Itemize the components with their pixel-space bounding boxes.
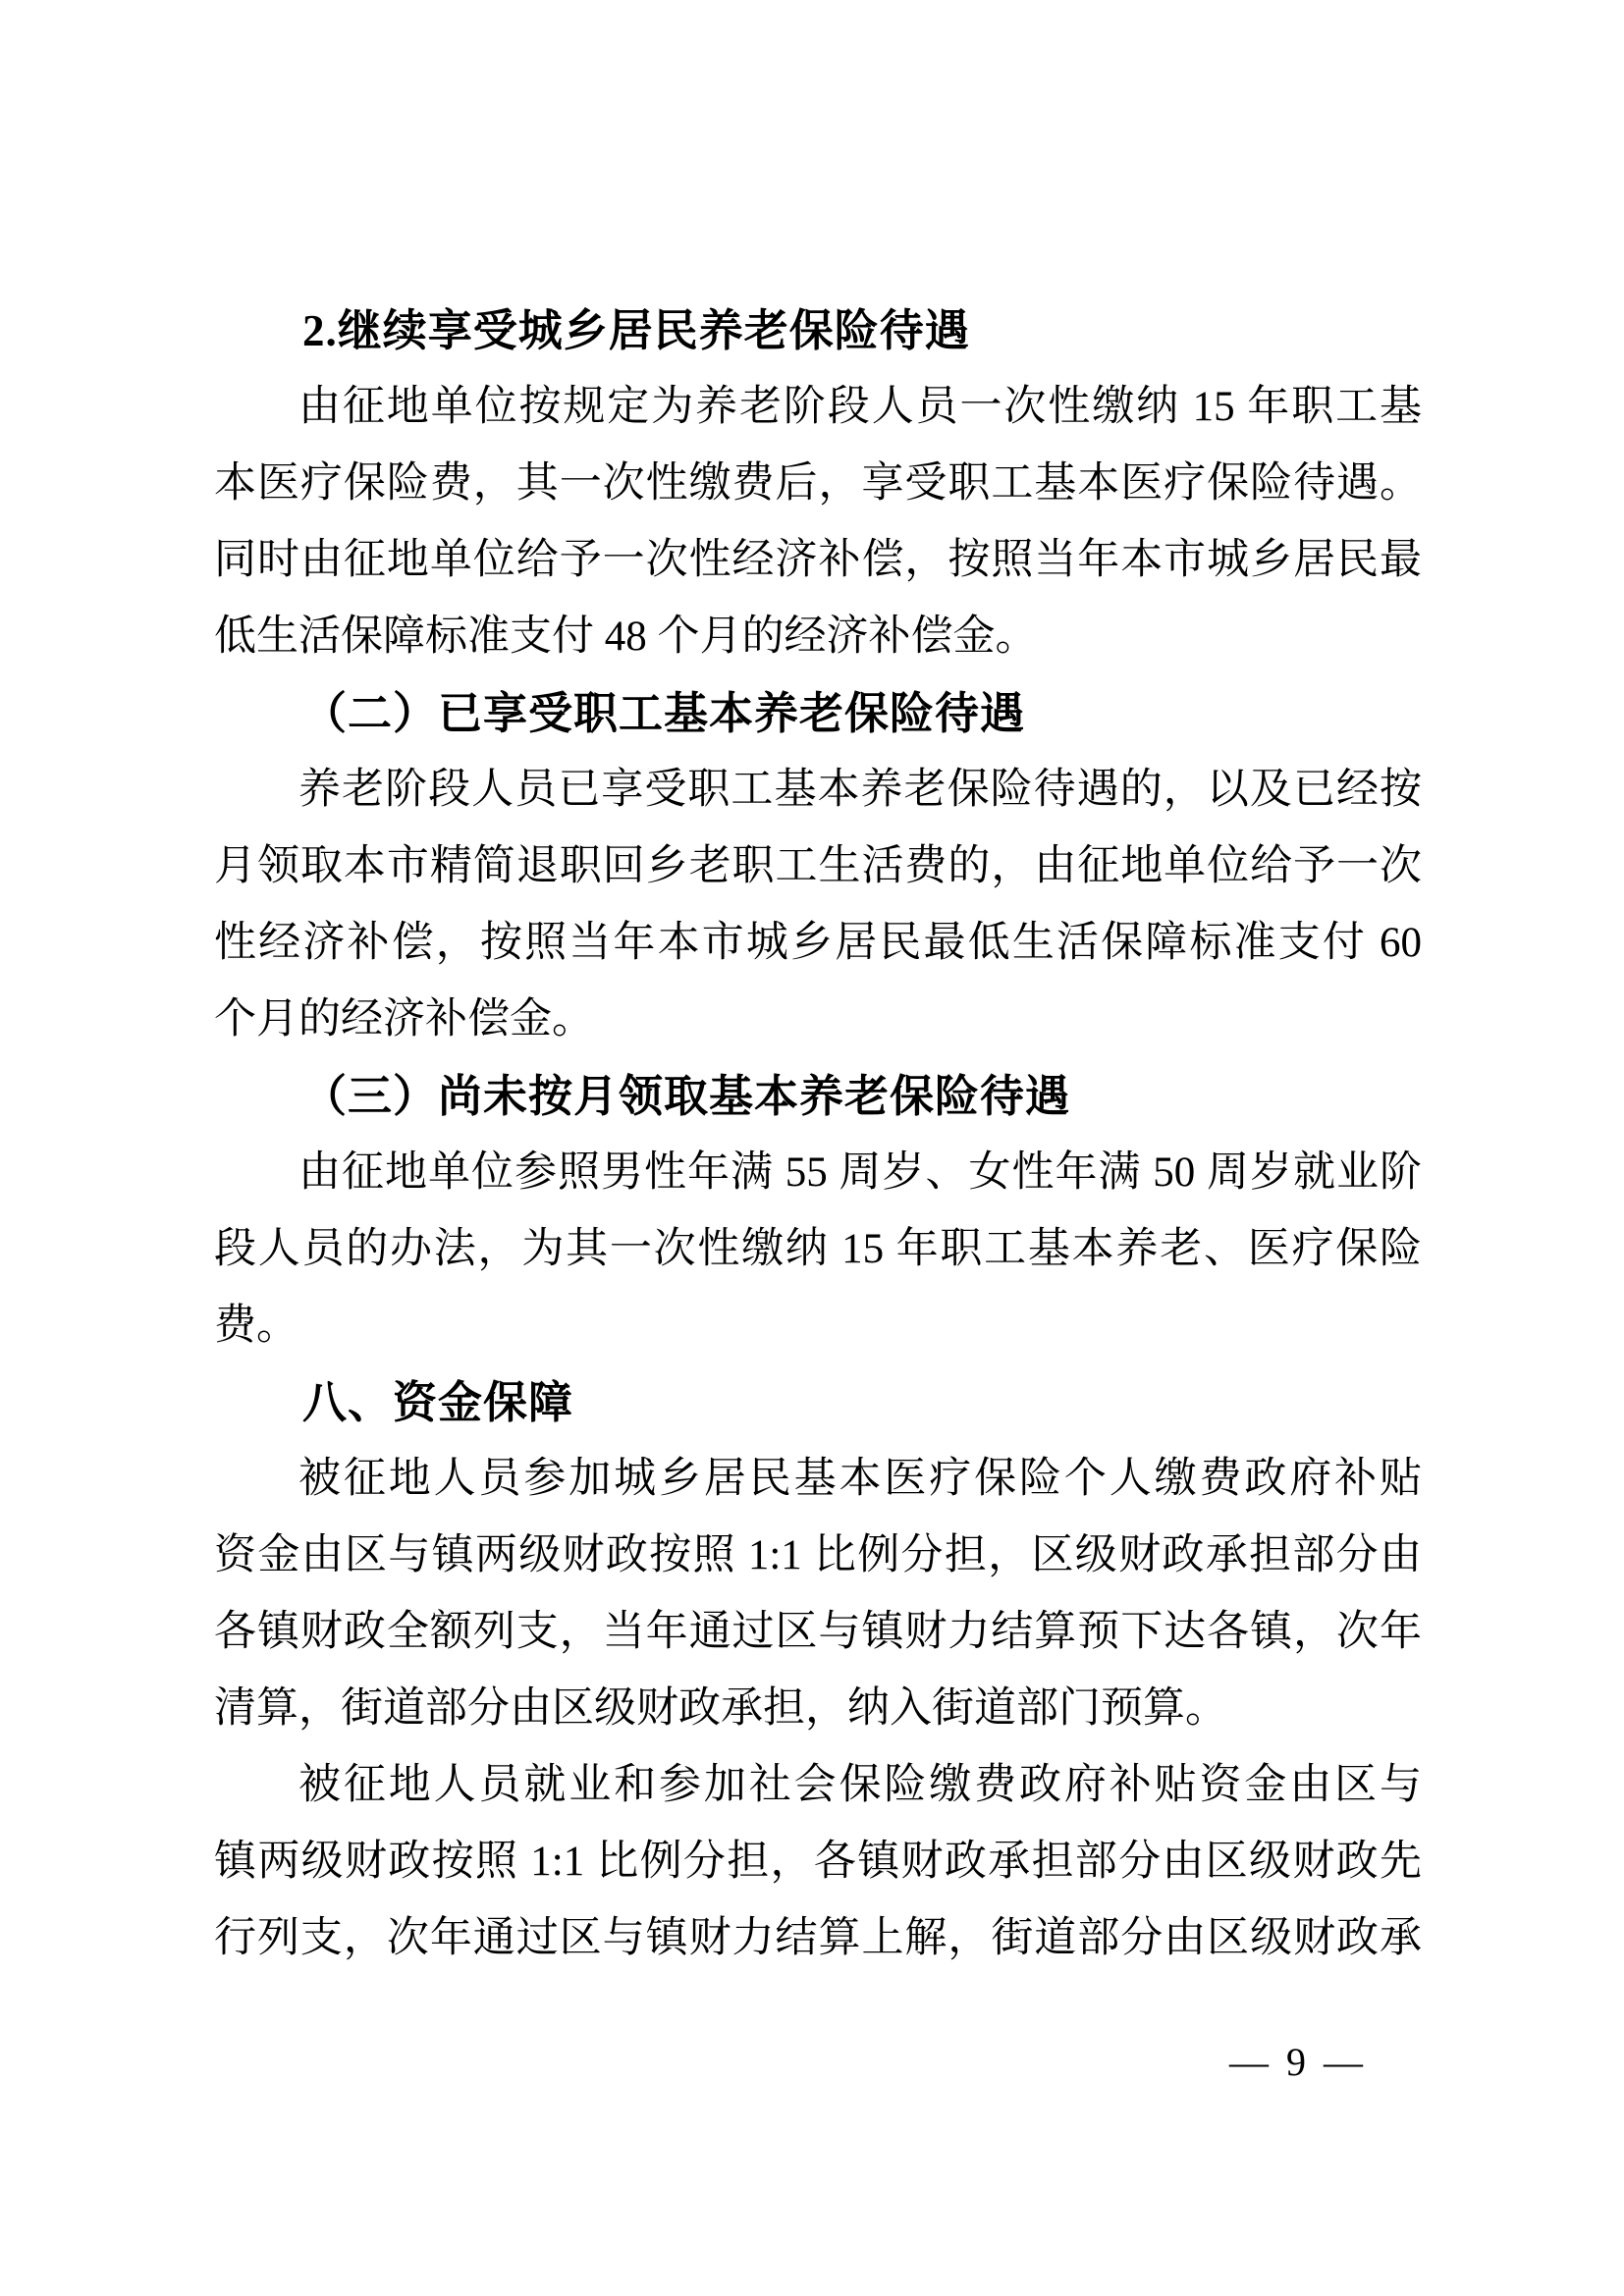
body-line: 由征地单位按规定为养老阶段人员一次性缴纳 15 年职工基 [214,369,1422,446]
document-page: 2.继续享受城乡居民养老保险待遇 由征地单位按规定为养老阶段人员一次性缴纳 15… [0,0,1624,2296]
section-heading: （三）尚未按月领取基本养老保险待遇 [214,1058,1422,1135]
body-line: 个月的经济补偿金。 [214,982,1422,1058]
section-heading: （二）已享受职工基本养老保险待遇 [214,675,1422,752]
body-line: 段人员的办法，为其一次性缴纳 15 年职工基本养老、医疗保险 [214,1211,1422,1288]
body-line: 镇两级财政按照 1:1 比例分担，各镇财政承担部分由区级财政先 [214,1824,1422,1900]
document-body: 2.继续享受城乡居民养老保险待遇 由征地单位按规定为养老阶段人员一次性缴纳 15… [214,293,1422,1977]
body-line: 各镇财政全额列支，当年通过区与镇财力结算预下达各镇，次年 [214,1594,1422,1671]
body-line: 性经济补偿，按照当年本市城乡居民最低生活保障标准支付 60 [214,905,1422,982]
section-heading: 八、资金保障 [214,1364,1422,1441]
body-line: 同时由征地单位给予一次性经济补偿，按照当年本市城乡居民最 [214,522,1422,599]
body-line: 月领取本市精简退职回乡老职工生活费的，由征地单位给予一次 [214,828,1422,905]
body-line: 清算，街道部分由区级财政承担，纳入街道部门预算。 [214,1671,1422,1747]
body-line: 费。 [214,1288,1422,1364]
body-line: 本医疗保险费，其一次性缴费后，享受职工基本医疗保险待遇。 [214,446,1422,522]
body-line: 养老阶段人员已享受职工基本养老保险待遇的，以及已经按 [214,752,1422,828]
body-line: 资金由区与镇两级财政按照 1:1 比例分担，区级财政承担部分由 [214,1518,1422,1594]
section-heading: 2.继续享受城乡居民养老保险待遇 [214,293,1422,369]
body-line: 低生活保障标准支付 48 个月的经济补偿金。 [214,599,1422,675]
body-line: 被征地人员参加城乡居民基本医疗保险个人缴费政府补贴 [214,1441,1422,1518]
body-line: 被征地人员就业和参加社会保险缴费政府补贴资金由区与 [214,1747,1422,1824]
page-number: — 9 — [1229,2024,1367,2101]
body-line: 由征地单位参照男性年满 55 周岁、女性年满 50 周岁就业阶 [214,1135,1422,1211]
body-line: 行列支，次年通过区与镇财力结算上解，街道部分由区级财政承 [214,1900,1422,1977]
